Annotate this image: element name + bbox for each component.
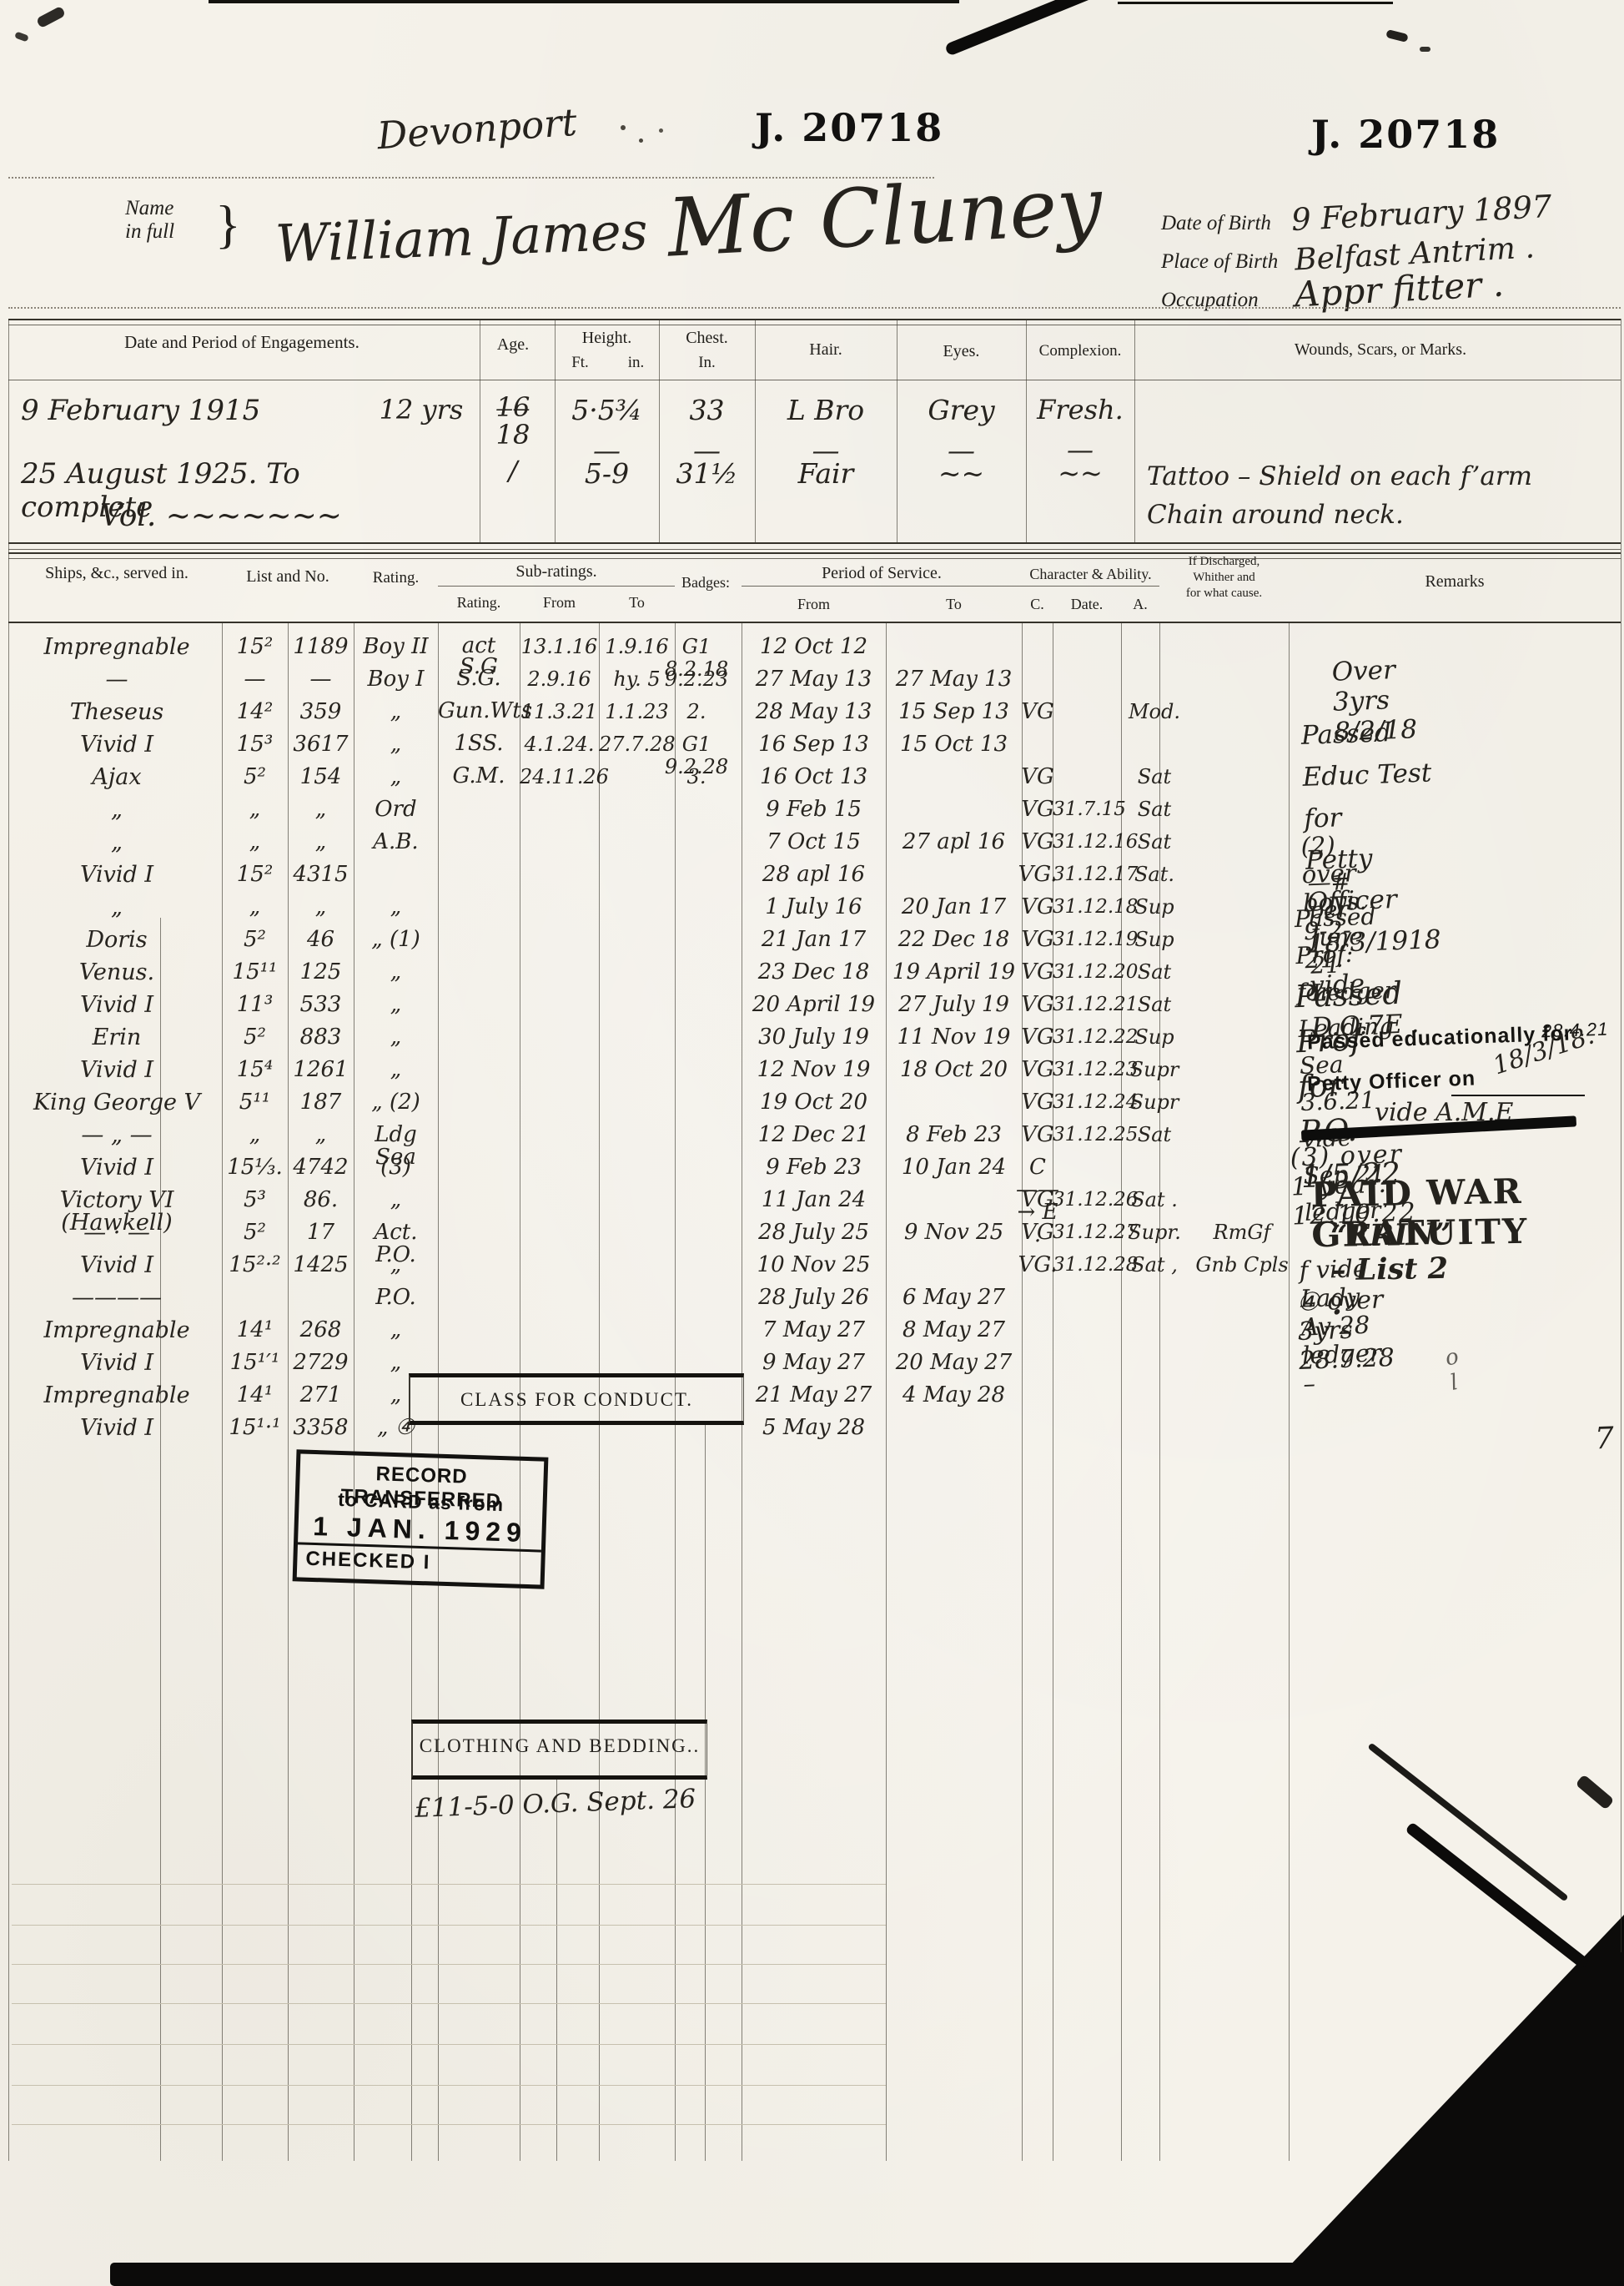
service-cell-pt: 27 May 13 [886, 668, 1022, 691]
service-cell-badge: 2. [651, 701, 742, 723]
name-brace: } [215, 194, 241, 255]
rule-horizontal [8, 380, 1621, 380]
svc-header-character: Character & Ability. [1022, 566, 1159, 583]
service-cell-l2: 187 [288, 1091, 354, 1114]
service-cell-pt: 18 Oct 20 [886, 1059, 1022, 1081]
service-cell-cd: 31.12.23 [1053, 1059, 1126, 1081]
service-cell-l1: 5² [222, 929, 288, 951]
service-cell-l2: 154 [288, 766, 354, 788]
service-cell-l1: „ [222, 798, 288, 821]
svc-header-badges: Badges: [667, 574, 744, 592]
class-for-conduct-box: CLASS FOR CONDUCT. [409, 1373, 744, 1425]
engagement-cell-chest: 31½ [659, 457, 755, 490]
service-cell-l2: 17 [288, 1221, 354, 1244]
torn-edge-top-left-2 [14, 32, 29, 43]
service-cell-l2: „ [288, 798, 354, 821]
service-cell-cd: 31.12.19 [1053, 929, 1126, 951]
svc-header-rating: Rating. [354, 569, 438, 587]
service-cell-l2: 2729 [288, 1352, 354, 1374]
service-cell-pf: 11 Jan 24 [742, 1189, 886, 1211]
service-cell-c: VG [1011, 766, 1064, 788]
rule-vertical [1026, 319, 1027, 544]
service-cell-rating: „ [354, 1059, 438, 1081]
service-cell-pf: 19 Oct 20 [742, 1091, 886, 1114]
service-cell-l2: 4742 [288, 1156, 354, 1179]
service-cell-l1: „ [222, 896, 288, 919]
service-cell-l1: „ [222, 1124, 288, 1146]
rule-horizontal [438, 586, 675, 587]
service-cell-a: Sat . [1118, 1189, 1191, 1211]
service-cell-ship: Vivid I [12, 864, 222, 886]
service-cell-pt: 27 July 19 [886, 994, 1022, 1016]
service-cell-pt: 20 May 27 [886, 1352, 1022, 1374]
rule-vertical [897, 319, 897, 544]
service-cell-cd: 31.12.24 [1053, 1091, 1126, 1114]
service-cell-pt: 15 Oct 13 [886, 733, 1022, 756]
pob-label: Place of Birth [1161, 250, 1278, 274]
service-cell-pf: 27 May 13 [742, 668, 886, 691]
service-cell-l1: 5² [222, 766, 288, 788]
service-cell-l1: 5¹¹ [222, 1091, 288, 1114]
dob-label: Date of Birth [1161, 212, 1271, 235]
service-cell-rating: „ [354, 1352, 438, 1374]
service-cell-l1: „ [222, 831, 288, 853]
eng-header-height: Height. [555, 329, 659, 348]
service-cell-l1: 5³ [222, 1189, 288, 1211]
eng-header-height-ft: Ft. [557, 354, 603, 372]
service-cell-cd: 31.12.28 [1053, 1254, 1126, 1276]
service-cell-a: Supr [1118, 1059, 1191, 1081]
service-cell-ship: Vivid I [12, 1417, 222, 1439]
service-cell-pf: 28 July 26 [742, 1287, 886, 1309]
service-cell-ship: Vivid I [12, 733, 222, 756]
service-cell-l2: — [288, 668, 354, 691]
service-cell-a: Supr. [1118, 1221, 1191, 1244]
service-cell-ship: — [12, 668, 222, 691]
service-cell-cd: 31.12.21 [1053, 994, 1126, 1016]
service-cell-pf: 9 Feb 15 [742, 798, 886, 821]
service-cell-a: Sat [1118, 961, 1191, 984]
service-cell-ship: Vivid I [12, 1156, 222, 1179]
service-cell-l2: 3358 [288, 1417, 354, 1439]
educational-stamp-underline [1451, 1095, 1585, 1096]
service-cell-ship: Impregnable [12, 1319, 222, 1342]
service-cell-ship: „ [12, 831, 222, 853]
service-cell-pt: 8 Feb 23 [886, 1124, 1022, 1146]
service-cell-l1: 14¹ [222, 1319, 288, 1342]
rule-vertical [555, 319, 556, 544]
svc-header-sub-ratings: Sub-ratings. [438, 562, 675, 582]
service-cell-srf: 2.9.16 [520, 668, 599, 691]
engagement-cell-hair: L Bro [755, 394, 897, 426]
class-for-conduct-title: CLASS FOR CONDUCT. [410, 1389, 743, 1411]
ink-dot-c [659, 128, 663, 133]
top-edge-line-2 [1118, 2, 1393, 4]
torn-edge-top-left [36, 6, 66, 28]
record-transferred-stamp: RECORD TRANSFERRED to CARD as from 1 JAN… [293, 1449, 549, 1589]
service-cell-l1: 15¹′¹ [222, 1352, 288, 1374]
ink-dot-b [639, 138, 643, 143]
eng-header-height-in: in. [613, 354, 659, 372]
svc-header-list-no: List and No. [222, 567, 354, 587]
service-cell-a: Sat , [1118, 1254, 1191, 1276]
service-cell-rating: „ [354, 896, 438, 919]
engagement-cell-height: 5-9 [555, 457, 659, 490]
name-label: Name in full [125, 197, 174, 244]
rule-horizontal [12, 2003, 886, 2004]
service-cell-pt: 9 Nov 25 [886, 1221, 1022, 1244]
ink-dot-a [621, 125, 626, 130]
rule-horizontal [8, 307, 1621, 309]
service-cell-rating: „ [354, 1319, 438, 1342]
rule-horizontal [12, 1964, 886, 1965]
rule-horizontal [8, 319, 1621, 320]
rule-vertical [755, 319, 756, 544]
service-cell-ship: Vivid I [12, 1059, 222, 1081]
service-cell-l2: „ [288, 896, 354, 919]
service-cell-pf: 10 Nov 25 [742, 1254, 886, 1276]
service-cell-a: Sat [1118, 1124, 1191, 1146]
rule-horizontal [12, 2085, 886, 2086]
service-cell-pf: 9 May 27 [742, 1352, 886, 1374]
service-cell-disch: Gnb Cpls [1188, 1254, 1296, 1276]
service-cell-rating: Boy II [354, 636, 438, 658]
torn-corner-bottom-right [1270, 1915, 1624, 2286]
service-cell-a: Supr [1118, 1091, 1191, 1114]
service-cell-rating: Boy I [354, 668, 438, 691]
service-cell-rating: „ [354, 1026, 438, 1049]
service-cell-l1: 14¹ [222, 1384, 288, 1407]
service-cell-pf: 21 May 27 [742, 1384, 886, 1407]
service-cell-l1: 15⅓. [222, 1156, 288, 1179]
rule-horizontal [12, 1884, 886, 1885]
pen-slash [944, 0, 1094, 57]
service-cell-ship: Venus. [12, 961, 222, 984]
service-cell-l2: 359 [288, 701, 354, 723]
rule-horizontal [12, 2044, 886, 2045]
service-cell-pf: 23 Dec 18 [742, 961, 886, 984]
service-cell-ship: Vivid I [12, 994, 222, 1016]
svc-header-period: Period of Service. [742, 564, 1022, 583]
rule-vertical [556, 1777, 557, 2161]
service-cell-ship: — „ — [12, 1124, 222, 1146]
service-cell-ship: — · — [12, 1221, 222, 1244]
remark-over3yrs: ④ over 3yrs 28.7.28 [1296, 1285, 1395, 1376]
service-cell-a: Sat [1118, 994, 1191, 1016]
ink-speck-2 [1420, 47, 1430, 52]
service-cell-pf: 7 Oct 15 [742, 831, 886, 853]
clothing-entry-value: £11-5-0 O.G. Sept. 26 [414, 1784, 696, 1824]
stamp-line-checked: CHECKED I [297, 1547, 550, 1578]
svc-subheader-rating: Rating. [438, 594, 520, 612]
service-cell-a: Sat. [1118, 864, 1191, 886]
service-cell-cd: 31.12.26 [1053, 1189, 1126, 1211]
service-cell-l2: 271 [288, 1384, 354, 1407]
service-cell-l1: 15² [222, 636, 288, 658]
service-cell-l2: 1189 [288, 636, 354, 658]
service-cell-a: Sup [1118, 896, 1191, 919]
service-cell-ship: Erin [12, 1026, 222, 1049]
svc-subheader-c-date: Date. [1053, 596, 1121, 613]
service-cell-sr: S.G. [438, 668, 520, 689]
service-cell-l2: 1261 [288, 1059, 354, 1081]
eng-header-age: Age. [480, 335, 546, 355]
service-cell-pf: 12 Dec 21 [742, 1124, 886, 1146]
remark-edge7: 7 [1594, 1422, 1614, 1457]
rule-vertical [1134, 319, 1135, 544]
service-cell-cd: 31.7.15 [1053, 798, 1126, 821]
service-cell-pt: 19 April 19 [886, 961, 1022, 984]
service-cell-ship: Ajax [12, 766, 222, 788]
depot-port: Devonport [375, 100, 578, 159]
service-cell-pf: 12 Oct 12 [742, 636, 886, 658]
engagement-cell-age: / [480, 457, 546, 485]
service-cell-pt: 4 May 28 [886, 1384, 1022, 1407]
engagement-cell-complexion: Fresh. [1026, 394, 1134, 425]
service-cell-rating: „ [354, 994, 438, 1016]
service-cell-srf: 11.3.21 [520, 701, 599, 723]
svc-subheader-from: From [520, 594, 599, 612]
bottom-edge-strip [110, 2263, 1624, 2286]
rule-horizontal [8, 177, 934, 179]
rule-horizontal [8, 542, 1621, 544]
service-cell-pt: 11 Nov 19 [886, 1026, 1022, 1049]
dob-value: 9 February 1897 [1290, 189, 1552, 238]
service-cell-l2: 1425 [288, 1254, 354, 1276]
service-cell-cd: 31.12.20 [1053, 961, 1126, 984]
service-cell-badge: 9.2.23 [651, 668, 742, 691]
engagement-cell-eyes: Grey [897, 394, 1026, 426]
naval-service-record-scan: Devonport J. 20718 J. 20718 Name in full… [0, 0, 1624, 2286]
service-cell-disch: RmGf [1188, 1221, 1296, 1244]
rule-horizontal [8, 552, 1621, 554]
svc-subheader-to: To [599, 594, 675, 612]
service-cell-pf: 16 Oct 13 [742, 766, 886, 788]
svc-subheader-p-from: From [742, 596, 886, 613]
engagement-cell-age: 1̶6̶ 18 [480, 394, 546, 449]
service-cell-a: Sat [1118, 831, 1191, 853]
service-cell-badge: 3. [651, 766, 742, 788]
engagement-cell-date: 9 February 1915 [21, 394, 380, 427]
service-cell-l2: 533 [288, 994, 354, 1016]
eng-header-eyes: Eyes. [897, 342, 1026, 361]
rule-horizontal [1022, 586, 1159, 587]
service-cell-ship: Impregnable [12, 636, 222, 658]
service-cell-pf: 1 July 16 [742, 896, 886, 919]
service-cell-l2: 125 [288, 961, 354, 984]
scratch-streak-3 [1575, 1774, 1614, 1810]
service-cell-l1: 15³ [222, 733, 288, 756]
eng-header-date-period: Date and Period of Engagements. [50, 332, 434, 353]
name-script-first: William James [274, 200, 649, 274]
service-cell-srf: 24.11.26 [520, 766, 599, 788]
service-cell-ship: Doris [12, 929, 222, 951]
official-number-right: J. 20718 [1311, 112, 1500, 157]
service-cell-c: VG [1011, 701, 1064, 723]
service-cell-rating: P.O. [354, 1287, 438, 1309]
rule-horizontal [12, 2124, 886, 2125]
service-cell-pf: 9 Feb 23 [742, 1156, 886, 1179]
service-cell-a: Sup [1118, 929, 1191, 951]
engagement-cell-wounds: Tattoo – Shield on each f’arm Chain arou… [1147, 457, 1614, 534]
service-cell-cd: 31.12.16 [1053, 831, 1126, 853]
rule-horizontal [8, 622, 1621, 623]
rule-horizontal [8, 549, 1621, 550]
eng-header-complexion: Complexion. [1026, 342, 1134, 360]
service-cell-srf: 13.1.16 [520, 636, 599, 658]
eng-header-wounds: Wounds, Scars, or Marks. [1147, 340, 1614, 360]
service-cell-cd: 31.12.22 [1053, 1026, 1126, 1049]
service-cell-l2: 883 [288, 1026, 354, 1049]
service-cell-l1: 15² [222, 864, 288, 886]
service-cell-rating: „ [354, 1254, 438, 1276]
official-number-left: J. 20718 [755, 105, 943, 150]
svc-header-ships: Ships, &c., served in. [12, 564, 222, 583]
service-cell-pf: 5 May 28 [742, 1417, 886, 1439]
service-cell-l2: „ [288, 831, 354, 853]
service-cell-rating: (3) [354, 1156, 438, 1179]
service-cell-cd: 31.12.27 [1053, 1221, 1126, 1244]
service-cell-pt: 27 apl 16 [886, 831, 1022, 853]
service-cell-l2: 86. [288, 1189, 354, 1211]
engagement-cell-eyes: ~~ [897, 457, 1026, 490]
service-cell-pt: 15 Sep 13 [886, 701, 1022, 723]
engagement-cell-chest: 33 [659, 394, 755, 426]
service-cell-ship: Vivid I [12, 1254, 222, 1276]
service-cell-l2: „ [288, 1124, 354, 1146]
service-cell-rating: „ [354, 733, 438, 756]
service-cell-a: Mod. [1118, 701, 1191, 723]
service-cell-pf: 16 Sep 13 [742, 733, 886, 756]
service-cell-ship: Theseus [12, 701, 222, 723]
service-cell-rating: A.B. [354, 831, 438, 853]
service-cell-l1: 11³ [222, 994, 288, 1016]
svc-header-discharged: If Discharged, Whither and for what caus… [1159, 554, 1289, 602]
service-cell-l1: 15⁴ [222, 1059, 288, 1081]
service-cell-sr: Gun.Wts [438, 701, 520, 722]
service-row: Vivid I15¹·¹3358„ ④5 May 28 [0, 1417, 1624, 1449]
eng-header-chest: Chest. [659, 329, 755, 348]
service-cell-l1: 14² [222, 701, 288, 723]
service-cell-pt: 10 Jan 24 [886, 1156, 1022, 1179]
service-cell-pf: 21 Jan 17 [742, 929, 886, 951]
service-cell-pf: 12 Nov 19 [742, 1059, 886, 1081]
service-cell-pt: 20 Jan 17 [886, 896, 1022, 919]
service-cell-rating: „ [354, 766, 438, 788]
service-cell-l2: 4315 [288, 864, 354, 886]
service-cell-pf: 28 July 25 [742, 1221, 886, 1244]
service-cell-pt: 6 May 27 [886, 1287, 1022, 1309]
service-cell-pf: 28 apl 16 [742, 864, 886, 886]
engagement-cell-complexion: ~~ [1026, 457, 1134, 489]
service-cell-rating: „ [354, 701, 438, 723]
rule-horizontal [12, 1925, 886, 1926]
service-cell-pf: 28 May 13 [742, 701, 886, 723]
service-cell-ship: ———— [12, 1287, 222, 1309]
service-cell-l1: 5² [222, 1026, 288, 1049]
svc-header-remarks: Remarks [1289, 572, 1621, 592]
rule-horizontal [8, 558, 1621, 559]
svc-subheader-p-to: To [886, 596, 1022, 613]
ink-speck-1 [1385, 29, 1409, 43]
service-cell-l2: 3617 [288, 733, 354, 756]
rule-vertical [705, 1422, 706, 2161]
service-cell-pf: 30 July 19 [742, 1026, 886, 1049]
service-cell-rating: „ (2) [354, 1091, 438, 1114]
service-cell-rating: Ord [354, 798, 438, 821]
svc-subheader-c: C. [1022, 596, 1053, 613]
service-cell-pt: 22 Dec 18 [886, 929, 1022, 951]
service-cell-rating: „ [354, 961, 438, 984]
clothing-and-bedding-box: CLOTHING AND BEDDING.. [411, 1720, 707, 1780]
eng-header-chest-in: In. [659, 354, 755, 372]
service-cell-ship: „ [12, 896, 222, 919]
service-cell-cd: 31.12.17 [1053, 864, 1126, 886]
rule-vertical [659, 319, 660, 544]
service-cell-a: Sat [1118, 798, 1191, 821]
service-cell-sr: G.M. [438, 766, 520, 787]
top-edge-line [209, 0, 959, 3]
engagement-cell-period: 12 yrs [367, 394, 475, 425]
service-cell-pf: 20 April 19 [742, 994, 886, 1016]
service-cell-pt: 8 May 27 [886, 1319, 1022, 1342]
service-cell-l1: — [222, 668, 288, 691]
eng-header-hair: Hair. [755, 340, 897, 360]
service-cell-l1: 15¹¹ [222, 961, 288, 984]
service-cell-l2: 268 [288, 1319, 354, 1342]
clothing-and-bedding-title: CLOTHING AND BEDDING.. [413, 1735, 706, 1757]
service-cell-rating: „ (1) [354, 929, 438, 951]
service-cell-ship: King George V [12, 1091, 222, 1114]
service-cell-l2: 46 [288, 929, 354, 951]
service-cell-l1: 15²·² [222, 1254, 288, 1276]
service-cell-cd: 31.12.25 [1053, 1124, 1126, 1146]
service-cell-srf: 4.1.24. [520, 733, 599, 756]
engagement-cell-hair: Fair [755, 457, 897, 490]
service-cell-sr: 1SS. [438, 733, 520, 754]
rule-horizontal [742, 586, 1022, 587]
engagement-cell-vol: Vol. ~~~~~~~ [100, 499, 450, 533]
service-cell-ship: Vivid I [12, 1352, 222, 1374]
engagement-cell-height: 5·5¾ [555, 394, 659, 426]
service-cell-pf: 7 May 27 [742, 1319, 886, 1342]
service-cell-ship: Impregnable [12, 1384, 222, 1407]
service-cell-l1: 15¹·¹ [222, 1417, 288, 1439]
service-cell-cd: 31.12.18 [1053, 896, 1126, 919]
service-cell-rating: „ [354, 1189, 438, 1211]
rule-horizontal [8, 325, 1621, 325]
service-cell-ship: „ [12, 798, 222, 821]
service-cell-l1: 5² [222, 1221, 288, 1244]
service-cell-a: Sup [1118, 1026, 1191, 1049]
service-cell-a: Sat [1118, 766, 1191, 788]
svc-subheader-a: A. [1121, 596, 1159, 613]
